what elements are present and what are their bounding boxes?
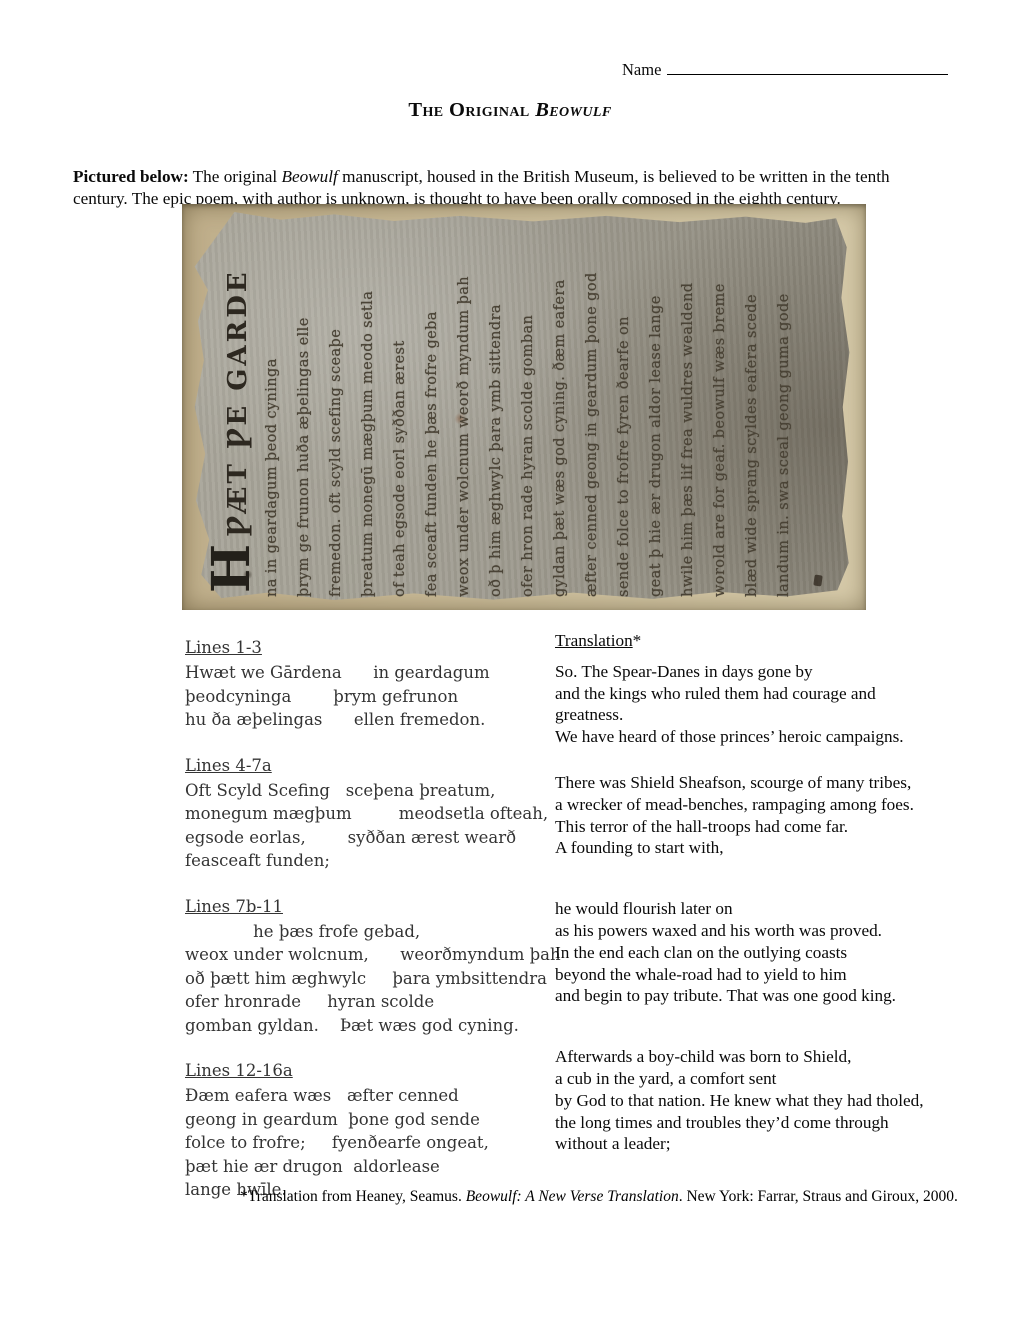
translation-line: So. The Spear-Danes in days gone by xyxy=(555,661,990,683)
translation-heading-asterisk: * xyxy=(633,631,642,650)
manuscript-script-line: blæd wide sprang scyldes eafera scede xyxy=(736,217,768,597)
poem-line: Ðæm eafera wæs æfter cenned xyxy=(185,1084,580,1108)
poem-section: Lines 12-16aÐæm eafera wæs æfter cennedg… xyxy=(185,1060,580,1202)
manuscript-rotated-text: H ǷÆT ǷE GARDE na in geardagum þeod cyni… xyxy=(200,217,800,597)
manuscript-script-line: geat þ hie ær drugon aldor lease lange xyxy=(640,217,672,597)
manuscript-script-line: fea sceaft funden he þæs frofre geba xyxy=(416,217,448,597)
manuscript-script-line: oð þ him æghwylc þara ymb sittendra xyxy=(480,217,512,597)
translation-blocks: So. The Spear-Danes in days gone byand t… xyxy=(555,661,990,1155)
manuscript-script-line: þrym ge frunon huða æþelingas elle xyxy=(288,217,320,597)
poem-line: Hwæt we Gārdena in geardagum xyxy=(185,661,580,685)
manuscript-script-line: of teah egsode eorl syððan ærest xyxy=(384,217,416,597)
manuscript-script-line: sende folce to frofre fyren ðearfe on xyxy=(608,217,640,597)
translation-line: A founding to start with, xyxy=(555,837,990,859)
translation-line: We have heard of those princes’ heroic c… xyxy=(555,726,990,748)
poem-section: Lines 4-7aOft Scyld Scefing sceþena þrea… xyxy=(185,755,580,873)
footnote-book-title: Beowulf: A New Verse Translation xyxy=(466,1188,679,1205)
translation-line: There was Shield Sheafson, scourge of ma… xyxy=(555,772,990,794)
name-line: Name xyxy=(622,60,948,80)
translation-line: a cub in the yard, a comfort sent xyxy=(555,1068,990,1090)
translation-line: greatness. xyxy=(555,704,990,726)
poem-line: þæt hie ær drugon aldorlease xyxy=(185,1155,580,1179)
translation-line: a wrecker of mead-benches, rampaging amo… xyxy=(555,794,990,816)
manuscript-script-line: hwile him þæs lif frea wuldres wealdend xyxy=(672,217,704,597)
translation-line: he would flourish later on xyxy=(555,898,990,920)
manuscript-script-lines: na in geardagum þeod cyningaþrym ge frun… xyxy=(256,217,800,597)
footnote-suffix: . New York: Farrar, Straus and Giroux, 2… xyxy=(679,1188,958,1205)
poem-section-label: Lines 1-3 xyxy=(185,637,580,659)
name-blank-line xyxy=(667,60,948,75)
poem-line: weox under wolcnum, weorðmyndum þah xyxy=(185,943,580,967)
intro-italic-title: Beowulf xyxy=(281,167,337,186)
manuscript-opening-line: H ǷÆT ǷE GARDE xyxy=(200,217,256,597)
translation-line: as his powers waxed and his worth was pr… xyxy=(555,920,990,942)
manuscript-photo: H ǷÆT ǷE GARDE na in geardagum þeod cyni… xyxy=(182,204,866,610)
poem-line: hu ða æþelingas ellen fremedon. xyxy=(185,708,580,732)
translation-line: beyond the whale-road had to yield to hi… xyxy=(555,964,990,986)
manuscript-script-line: weox under wolcnum weorð myndum þah xyxy=(448,217,480,597)
manuscript-script-line: worold are for geaf. beowulf wæs breme xyxy=(704,217,736,597)
poem-line: þeodcyninga þrym gefrunon xyxy=(185,685,580,709)
manuscript-script-line: na in geardagum þeod cyninga xyxy=(256,217,288,597)
poem-section-label: Lines 12-16a xyxy=(185,1060,580,1082)
translation-line: and begin to pay tribute. That was one g… xyxy=(555,985,990,1007)
page-title-beowulf: Beowulf xyxy=(535,99,611,121)
poem-line: he þæs frofe gebad, xyxy=(185,920,580,944)
poem-line: Oft Scyld Scefing sceþena þreatum, xyxy=(185,779,580,803)
manuscript-script-line: fremedon. oft scyld scefing sceaþe xyxy=(320,217,352,597)
translation-stanza: There was Shield Sheafson, scourge of ma… xyxy=(555,772,990,859)
old-english-column: Lines 1-3Hwæt we Gārdena in geardagumþeo… xyxy=(185,637,580,1225)
translation-heading-text: Translation xyxy=(555,631,633,650)
intro-lead: Pictured below: xyxy=(73,167,189,186)
poem-line: feasceaft funden; xyxy=(185,849,580,873)
page-title-main: The Original xyxy=(408,99,535,121)
manuscript-large-initial: H xyxy=(208,544,256,593)
manuscript-script-line: æfter cenned geong in geardum þone god xyxy=(576,217,608,597)
worksheet-page: Name The Original Beowulf Pictured below… xyxy=(0,0,1020,1320)
translation-heading: Translation* xyxy=(555,630,990,652)
name-label: Name xyxy=(622,60,661,79)
poem-line: gomban gyldan. Þæt wæs god cyning. xyxy=(185,1014,580,1038)
poem-line: egsode eorlas, syððan ærest wearð xyxy=(185,826,580,850)
translation-line: and the kings who ruled them had courage… xyxy=(555,683,990,705)
poem-section-label: Lines 7b-11 xyxy=(185,896,580,918)
poem-line: oð þætt him æghwylc þara ymbsittendra xyxy=(185,967,580,991)
manuscript-capitals: ǷÆT ǷE GARDE xyxy=(220,269,256,536)
translation-line: the long times and troubles they’d come … xyxy=(555,1112,990,1134)
folio-mark xyxy=(813,574,822,586)
poem-section-label: Lines 4-7a xyxy=(185,755,580,777)
translation-stanza: he would flourish later onas his powers … xyxy=(555,898,990,1007)
manuscript-script-line: ofer hron rade hyran scolde gomban xyxy=(512,217,544,597)
translation-line: This terror of the hall-troops had come … xyxy=(555,816,990,838)
poem-line: geong in geardum þone god sende xyxy=(185,1108,580,1132)
poem-line: monegum mægþum meodsetla ofteah, xyxy=(185,802,580,826)
translation-stanza: Afterwards a boy-child was born to Shiel… xyxy=(555,1046,990,1155)
poem-line: ofer hronrade hyran scolde xyxy=(185,990,580,1014)
page-title: The Original Beowulf xyxy=(0,99,1020,122)
footnote-prefix: *Translation from Heaney, Seamus. xyxy=(240,1188,466,1205)
translation-line: In the end each clan on the outlying coa… xyxy=(555,942,990,964)
intro-paragraph: Pictured below: The original Beowulf man… xyxy=(73,166,943,209)
poem-section: Lines 1-3Hwæt we Gārdena in geardagumþeo… xyxy=(185,637,580,732)
manuscript-script-line: gyldan þæt wæs god cyning. ðæm eafera xyxy=(544,217,576,597)
manuscript-script-line: þreatum monegū mægþum meodo setla xyxy=(352,217,384,597)
poem-line: folce to frofre; fyenðearfe ongeat, xyxy=(185,1131,580,1155)
translation-column: Translation* So. The Spear-Danes in days… xyxy=(555,630,990,1155)
translation-line: by God to that nation. He knew what they… xyxy=(555,1090,990,1112)
translation-stanza: So. The Spear-Danes in days gone byand t… xyxy=(555,661,990,748)
translation-line: Afterwards a boy-child was born to Shiel… xyxy=(555,1046,990,1068)
poem-section: Lines 7b-11 he þæs frofe gebad,weox unde… xyxy=(185,896,580,1038)
intro-pre: The original xyxy=(189,167,282,186)
translation-line: without a leader; xyxy=(555,1133,990,1155)
manuscript-script-line: landum in. swa sceal geong guma gode xyxy=(768,217,800,597)
citation-footnote: *Translation from Heaney, Seamus. Beowul… xyxy=(240,1188,958,1206)
